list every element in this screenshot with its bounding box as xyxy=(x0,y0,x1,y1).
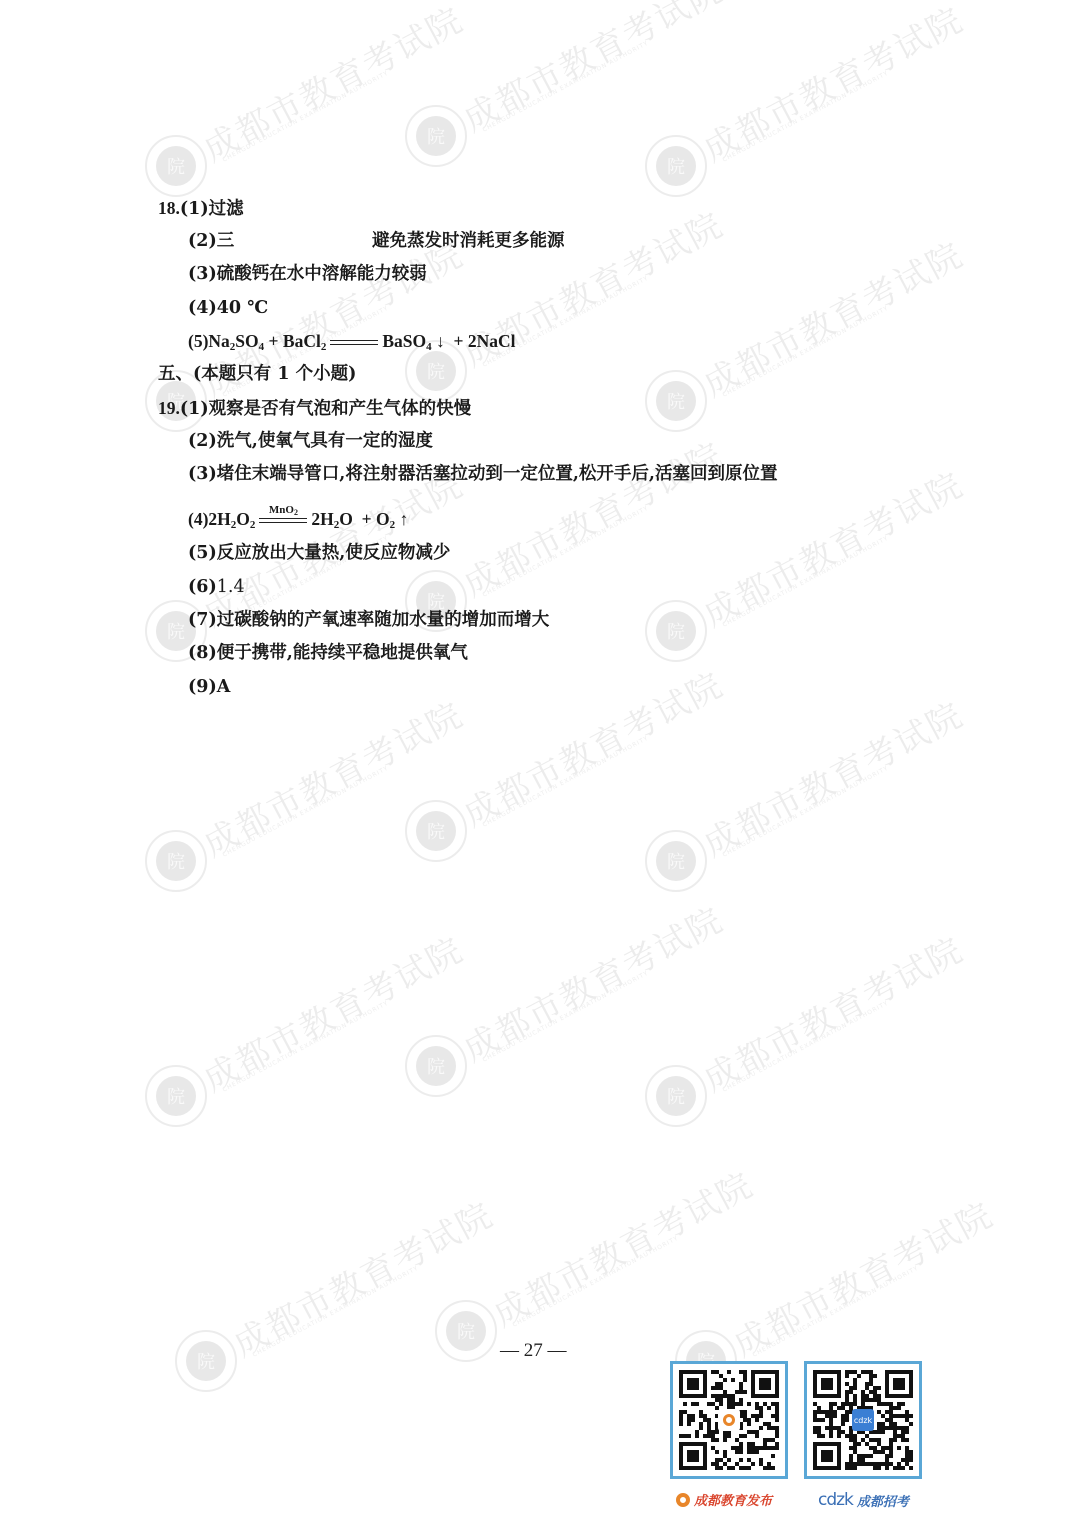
qr-code-chengdu-education[interactable] xyxy=(670,1361,788,1479)
watermark-text: 成都市教育考试院 xyxy=(693,923,970,1101)
seal-icon: 院 xyxy=(145,830,207,892)
section-title: 五、(本题只有 1 个小题) xyxy=(158,362,356,386)
formula-part: BaCl xyxy=(283,331,321,351)
question-number: 18. xyxy=(158,198,180,218)
q19-item-7: (7)过碳酸钠的产氧速率随加水量的增加而增大 xyxy=(188,608,549,632)
qr-label-text: 成都招考 xyxy=(857,1491,909,1510)
item-label: (3) xyxy=(188,264,217,284)
plus-sign: + xyxy=(453,331,463,351)
subscript: 4 xyxy=(426,341,432,353)
watermark-subtext: CHENGDU EDUCATION EXAMINATION AUTHORITY xyxy=(721,70,889,164)
answer-text: 洗气,使氧气具有一定的湿度 xyxy=(217,431,433,451)
watermark-subtext: CHENGDU EDUCATION EXAMINATION AUTHORITY xyxy=(721,305,889,399)
cdzk-logo-text: cdzk xyxy=(818,1490,853,1510)
qr-code-chengdu-zhaokao[interactable]: cdzk xyxy=(804,1361,922,1479)
seal-icon: 院 xyxy=(645,135,707,197)
watermark: 院成都市教育考试院CHENGDU EDUCATION EXAMINATION A… xyxy=(175,1290,475,1410)
watermark-text: 成都市教育考试院 xyxy=(723,1188,1000,1366)
cdzk-logo-icon: cdzk xyxy=(852,1409,874,1431)
seal-icon: 院 xyxy=(645,370,707,432)
watermark-text: 成都市教育考试院 xyxy=(223,1188,500,1366)
watermark-subtext: CHENGDU EDUCATION EXAMINATION AUTHORITY xyxy=(481,275,649,369)
equals-sign-icon xyxy=(330,338,378,348)
q18-item-2-reason: 避免蒸发时消耗更多能源 xyxy=(372,229,565,253)
subscript: 2 xyxy=(390,519,396,531)
subscript: 2 xyxy=(294,508,298,517)
item-label: (7) xyxy=(188,610,217,630)
watermark-subtext: CHENGDU EDUCATION EXAMINATION AUTHORITY xyxy=(721,1000,889,1094)
qr-label-chengdu-zhaokao: cdzk 成都招考 xyxy=(818,1490,909,1510)
answer-text: 过碳酸钠的产氧速率随加水量的增加而增大 xyxy=(217,610,550,630)
q18-item-5-equation: (5)Na2SO4 + BaCl2BaSO4 ↓ + 2NaCl xyxy=(188,329,515,353)
watermark-text: 成都市教育考试院 xyxy=(483,1158,760,1336)
subscript: 2 xyxy=(250,519,256,531)
brand-logo-icon xyxy=(718,1409,740,1431)
watermark-subtext: CHENGDU EDUCATION EXAMINATION AUTHORITY xyxy=(481,505,649,599)
watermark-text: 成都市教育考试院 xyxy=(453,658,730,836)
watermark: 院成都市教育考试院CHENGDU EDUCATION EXAMINATION A… xyxy=(645,1025,945,1145)
watermark: 院成都市教育考试院CHENGDU EDUCATION EXAMINATION A… xyxy=(405,760,705,880)
watermark: 院成都市教育考试院CHENGDU EDUCATION EXAMINATION A… xyxy=(145,790,445,910)
catalyst-text: MnO xyxy=(269,504,294,516)
orange-ring-logo-icon xyxy=(676,1493,690,1507)
formula-part: BaSO xyxy=(382,331,426,351)
watermark-subtext: CHENGDU EDUCATION EXAMINATION AUTHORITY xyxy=(511,1235,679,1329)
answer-text: 硫酸钙在水中溶解能力较弱 xyxy=(217,264,427,284)
q18-item-1: 18.(1)过滤 xyxy=(158,196,244,221)
seal-icon: 院 xyxy=(405,800,467,862)
answer-text: 40 ℃ xyxy=(217,298,268,318)
watermark: 院成都市教育考试院CHENGDU EDUCATION EXAMINATION A… xyxy=(145,1025,445,1145)
seal-icon: 院 xyxy=(435,1300,497,1362)
item-label: (3) xyxy=(188,464,217,484)
watermark-text: 成都市教育考试院 xyxy=(453,0,730,141)
seal-icon: 院 xyxy=(645,600,707,662)
q18-item-3: (3)硫酸钙在水中溶解能力较弱 xyxy=(188,262,427,286)
answer-text: 观察是否有气泡和产生气体的快慢 xyxy=(209,399,472,419)
watermark-subtext: CHENGDU EDUCATION EXAMINATION AUTHORITY xyxy=(481,970,649,1064)
watermark-subtext: CHENGDU EDUCATION EXAMINATION AUTHORITY xyxy=(721,765,889,859)
q19-item-8: (8)便于携带,能持续平稳地提供氧气 xyxy=(188,641,468,665)
q19-item-4-equation: (4)2H2O2MnO22H2O + O2 ↑ xyxy=(188,507,408,531)
answer-text: 便于携带,能持续平稳地提供氧气 xyxy=(217,643,468,663)
item-label: (9) xyxy=(188,677,217,697)
formula-part: O xyxy=(376,509,390,529)
item-label: (1) xyxy=(180,399,209,419)
item-label: (2) xyxy=(188,231,217,251)
watermark-subtext: CHENGDU EDUCATION EXAMINATION AUTHORITY xyxy=(481,735,649,829)
answer-text: 避免蒸发时消耗更多能源 xyxy=(372,231,565,251)
watermark: 院成都市教育考试院CHENGDU EDUCATION EXAMINATION A… xyxy=(645,790,945,910)
watermark: 院成都市教育考试院CHENGDU EDUCATION EXAMINATION A… xyxy=(645,95,945,215)
watermark-subtext: CHENGDU EDUCATION EXAMINATION AUTHORITY xyxy=(221,70,389,164)
seal-icon: 院 xyxy=(145,135,207,197)
subscript: 4 xyxy=(259,341,265,353)
seal-icon: 院 xyxy=(645,830,707,892)
subscript: 2 xyxy=(321,341,327,353)
answer-text: 1.4 xyxy=(217,577,245,597)
answer-text: 堵住末端导管口,将注射器活塞拉动到一定位置,松开手后,活塞回到原位置 xyxy=(217,464,778,484)
q19-item-9: (9)A xyxy=(188,675,230,699)
formula-part: SO xyxy=(235,331,258,351)
answer-text: 过滤 xyxy=(209,199,244,219)
watermark: 院成都市教育考试院CHENGDU EDUCATION EXAMINATION A… xyxy=(405,995,705,1115)
seal-icon: 院 xyxy=(175,1330,237,1392)
item-label: (4) xyxy=(188,298,217,318)
watermark-subtext: CHENGDU EDUCATION EXAMINATION AUTHORITY xyxy=(721,535,889,629)
watermark-text: 成都市教育考试院 xyxy=(693,0,970,171)
watermark-subtext: CHENGDU EDUCATION EXAMINATION AUTHORITY xyxy=(221,1000,389,1094)
qr-label-text: 成都教育发布 xyxy=(694,1490,772,1509)
plus-sign: + xyxy=(362,509,372,529)
answer-text: A xyxy=(217,677,231,697)
q19-item-5: (5)反应放出大量热,使反应物减少 xyxy=(188,541,450,565)
watermark: 院成都市教育考试院CHENGDU EDUCATION EXAMINATION A… xyxy=(405,65,705,185)
answer-text: 三 xyxy=(217,231,235,251)
seal-icon: 院 xyxy=(645,1065,707,1127)
watermark-text: 成都市教育考试院 xyxy=(693,688,970,866)
q18-item-2: (2)三 xyxy=(188,229,234,253)
watermark-text: 成都市教育考试院 xyxy=(193,923,470,1101)
item-label: (2) xyxy=(188,431,217,451)
q19-item-3: (3)堵住末端导管口,将注射器活塞拉动到一定位置,松开手后,活塞回到原位置 xyxy=(188,462,778,486)
seal-icon: 院 xyxy=(405,105,467,167)
q19-item-6: (6)1.4 xyxy=(188,575,245,599)
watermark-text: 成都市教育考试院 xyxy=(693,228,970,406)
watermark: 院成都市教育考试院CHENGDU EDUCATION EXAMINATION A… xyxy=(645,330,945,450)
item-label: (8) xyxy=(188,643,217,663)
formula-part: Na xyxy=(208,331,229,351)
formula-part: 2NaCl xyxy=(468,331,516,351)
gas-arrow-icon: ↑ xyxy=(400,509,409,529)
watermark-subtext: CHENGDU EDUCATION EXAMINATION AUTHORITY xyxy=(751,1265,919,1359)
formula-part: O xyxy=(339,509,353,529)
watermark: 院成都市教育考试院CHENGDU EDUCATION EXAMINATION A… xyxy=(645,560,945,680)
watermark-subtext: CHENGDU EDUCATION EXAMINATION AUTHORITY xyxy=(251,1265,419,1359)
watermark-text: 成都市教育考试院 xyxy=(193,688,470,866)
qr-label-chengdu-education: 成都教育发布 xyxy=(676,1490,772,1509)
page-number: — 27 — xyxy=(500,1340,567,1362)
formula-part: O xyxy=(236,509,250,529)
precipitate-arrow-icon: ↓ xyxy=(436,331,445,351)
plus-sign: + xyxy=(269,331,279,351)
section-title-text: 五、(本题只有 1 个小题) xyxy=(158,364,356,384)
item-label: (5) xyxy=(188,331,208,351)
watermark-text: 成都市教育考试院 xyxy=(453,428,730,606)
q19-item-1: 19.(1)观察是否有气泡和产生气体的快慢 xyxy=(158,396,471,421)
answer-text: 反应放出大量热,使反应物减少 xyxy=(217,543,451,563)
watermark-subtext: CHENGDU EDUCATION EXAMINATION AUTHORITY xyxy=(481,40,649,134)
formula-part: 2H xyxy=(208,509,230,529)
item-label: (5) xyxy=(188,543,217,563)
q18-item-4: (4)40 ℃ xyxy=(188,296,268,320)
item-label: (6) xyxy=(188,577,217,597)
seal-icon: 院 xyxy=(405,1035,467,1097)
watermark-subtext: CHENGDU EDUCATION EXAMINATION AUTHORITY xyxy=(221,765,389,859)
q19-item-2: (2)洗气,使氧气具有一定的湿度 xyxy=(188,429,433,453)
question-number: 19. xyxy=(158,398,180,418)
item-label: (1) xyxy=(180,199,209,219)
seal-icon: 院 xyxy=(145,1065,207,1127)
equals-sign-icon: MnO2 xyxy=(259,516,307,526)
watermark-text: 成都市教育考试院 xyxy=(193,0,470,171)
item-label: (4) xyxy=(188,509,208,529)
formula-part: 2H xyxy=(311,509,333,529)
catalyst-label: MnO2 xyxy=(259,498,307,522)
watermark-text: 成都市教育考试院 xyxy=(453,893,730,1071)
